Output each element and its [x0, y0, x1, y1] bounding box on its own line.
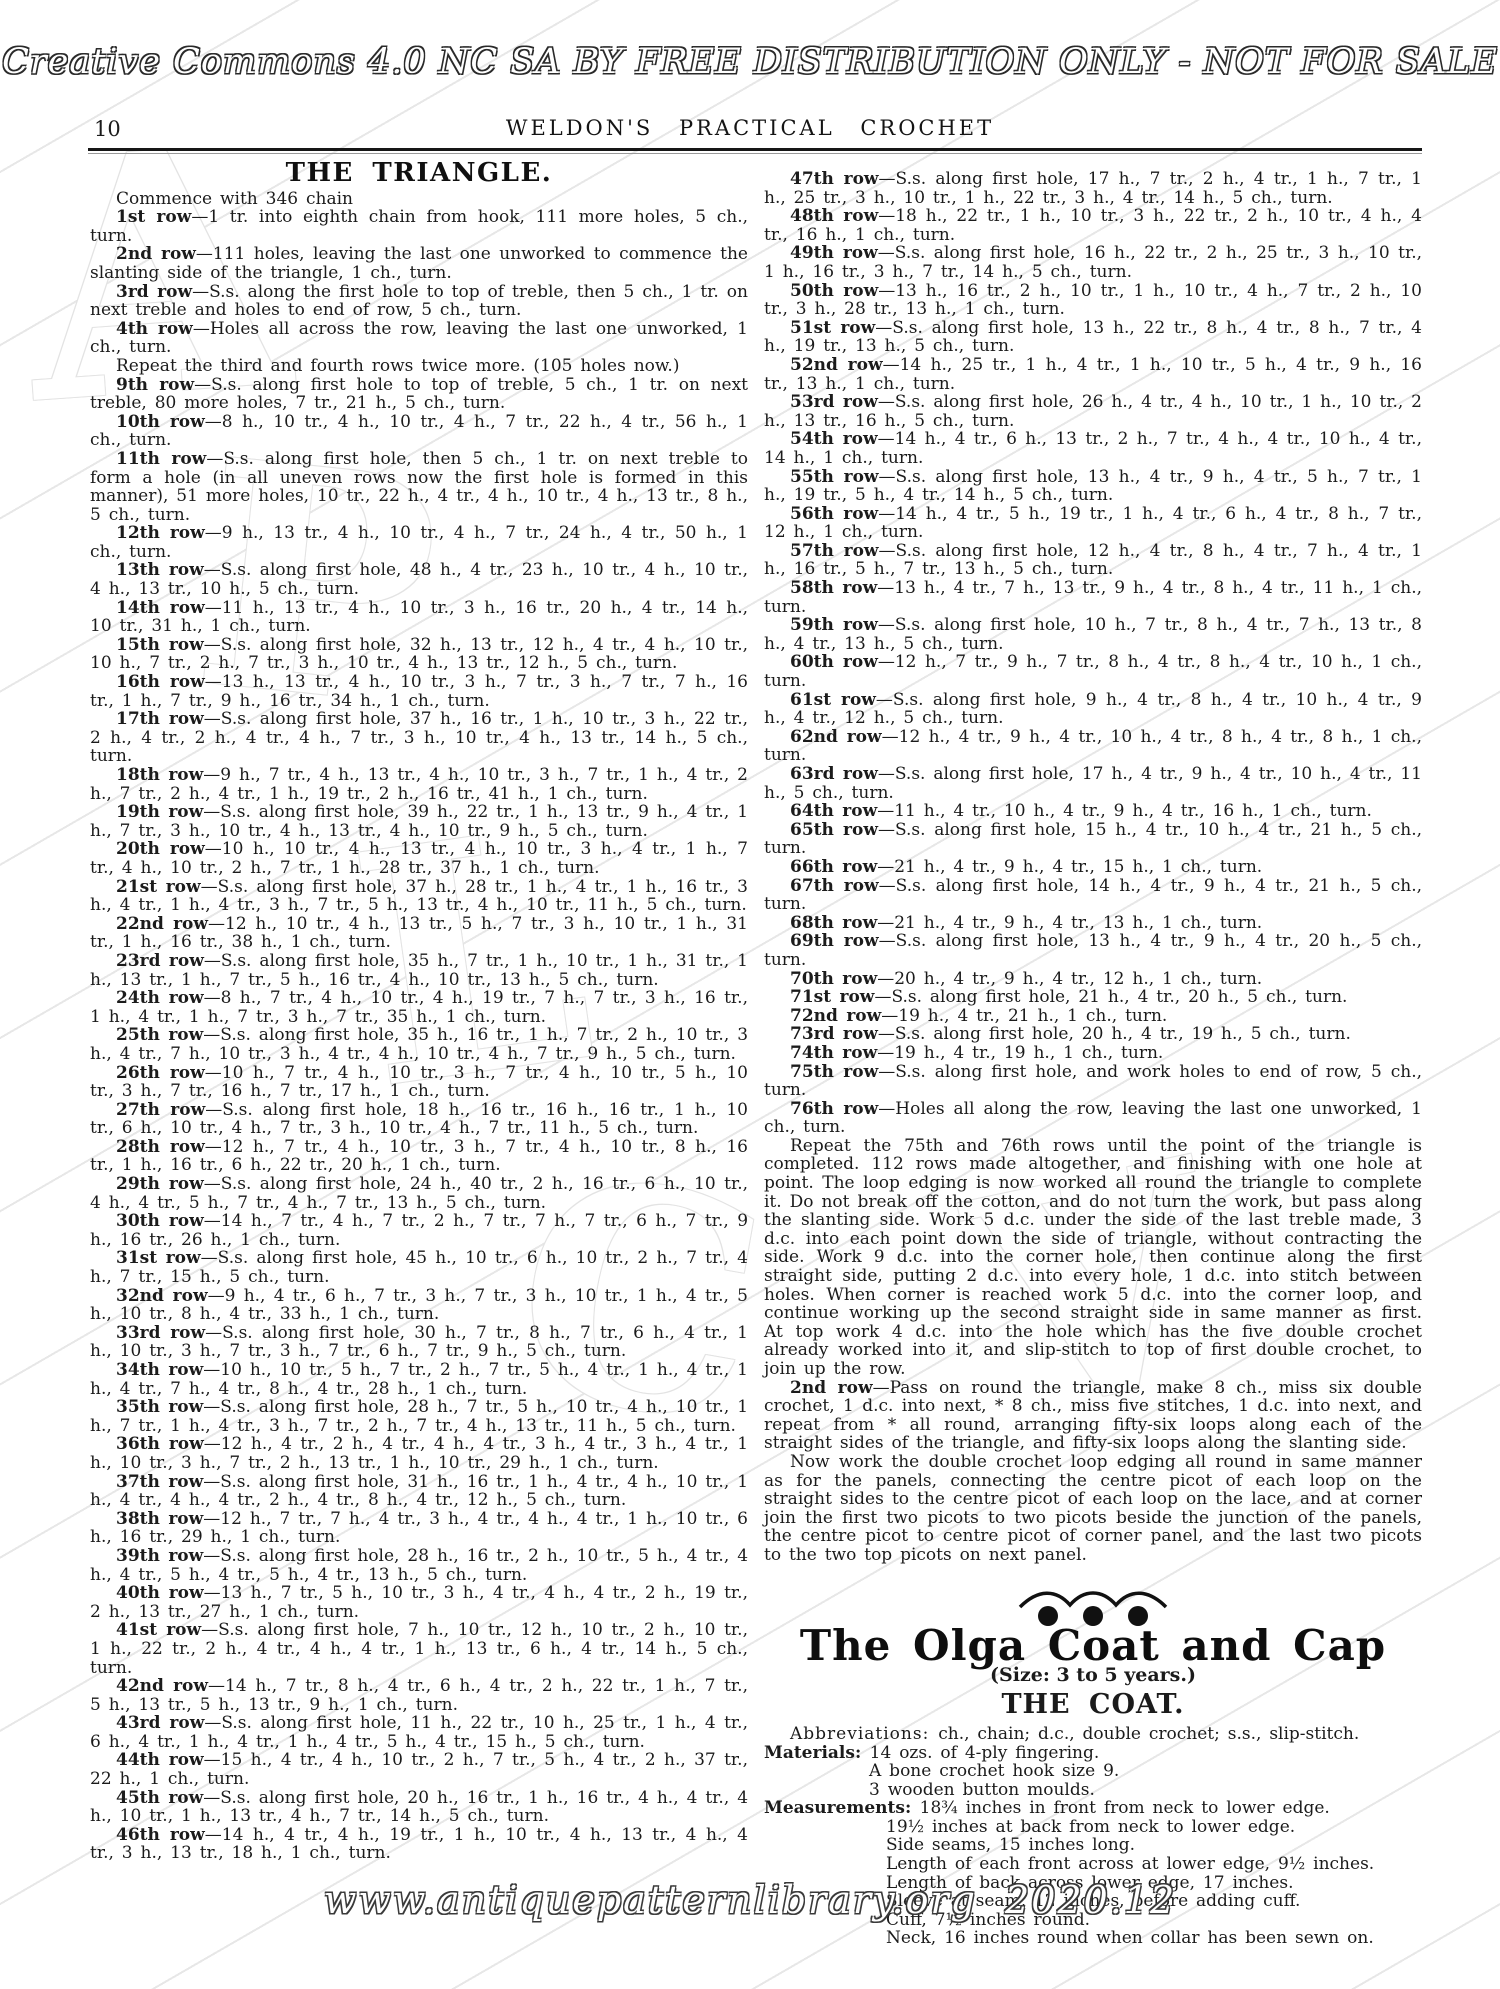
pattern-row: 19th row—S.s. along first hole, 39 h., 2…: [90, 803, 748, 840]
row-label: 42nd row: [116, 1676, 208, 1696]
measurements-label: Measurements:: [764, 1798, 920, 1818]
row-label: 30th row: [116, 1211, 204, 1231]
row-label: 64th row: [790, 801, 877, 821]
row-label: 21st row: [116, 877, 201, 897]
pattern-row: 22nd row—12 h., 10 tr., 4 h., 13 tr., 5 …: [90, 915, 748, 952]
row-label: 75th row: [790, 1062, 878, 1082]
text-line: Side seams, 15 inches long.: [764, 1836, 1422, 1855]
row-label: 66th row: [790, 857, 877, 877]
footer-url: www.antiquepatternlibrary.org 2020.12: [0, 1878, 1500, 1922]
row-label: 67th row: [790, 876, 879, 896]
pattern-row: 30th row—14 h., 7 tr., 4 h., 7 tr., 2 h.…: [90, 1212, 748, 1249]
row-label: 73rd row: [790, 1024, 878, 1044]
right-column: 47th row—S.s. along first hole, 17 h., 7…: [764, 170, 1422, 1948]
pattern-row: 31st row—S.s. along first hole, 45 h., 1…: [90, 1249, 748, 1286]
row-label: 69th row: [790, 931, 879, 951]
pattern-row: 67th row—S.s. along first hole, 14 h., 4…: [764, 877, 1422, 914]
row-label: 54th row: [790, 429, 878, 449]
row-label: 70th row: [790, 969, 877, 989]
pattern-row: 60th row—12 h., 7 tr., 9 h., 7 tr., 8 h.…: [764, 653, 1422, 690]
row-label: 49th row: [790, 243, 878, 263]
pattern-row: 71st row—S.s. along first hole, 21 h., 4…: [764, 988, 1422, 1007]
materials-list: A bone crochet hook size 9.3 wooden butt…: [764, 1762, 1422, 1799]
row-label: 14th row: [116, 598, 205, 618]
pattern-row: 34th row—10 h., 10 tr., 5 h., 7 tr., 2 h…: [90, 1361, 748, 1398]
row-label: 46th row: [116, 1825, 205, 1845]
pattern-row: 13th row—S.s. along first hole, 48 h., 4…: [90, 561, 748, 598]
pattern-row: 32nd row—9 h., 4 tr., 6 h., 7 tr., 3 h.,…: [90, 1287, 748, 1324]
row-label: 74th row: [790, 1043, 877, 1063]
row-label: 37th row: [116, 1472, 203, 1492]
row-label: 13th row: [116, 560, 204, 580]
pattern-row: 11th row—S.s. along first hole, then 5 c…: [90, 450, 748, 524]
pattern-row: 14th row—11 h., 13 tr., 4 h., 10 tr., 3 …: [90, 599, 748, 636]
pattern-row: 75th row—S.s. along first hole, and work…: [764, 1063, 1422, 1100]
row-label: 4th row: [116, 319, 193, 339]
materials-label: Materials:: [764, 1743, 870, 1763]
row-label: 19th row: [116, 802, 203, 822]
row-label: 44th row: [116, 1750, 204, 1770]
pattern-row: 57th row—S.s. along first hole, 12 h., 4…: [764, 542, 1422, 579]
row-label: 41st row: [116, 1620, 201, 1640]
pattern-row: 2nd row—111 holes, leaving the last one …: [90, 245, 748, 282]
row-label: 59th row: [790, 615, 878, 635]
row-label: 50th row: [790, 281, 878, 301]
row-label: 36th row: [116, 1434, 204, 1454]
header-rule: [88, 148, 1422, 151]
pattern-row: 27th row—S.s. along first hole, 18 h., 1…: [90, 1101, 748, 1138]
measurements-text: 18¾ inches in front from neck to lower e…: [920, 1798, 1330, 1818]
pattern-row: 62nd row—12 h., 4 tr., 9 h., 4 tr., 10 h…: [764, 728, 1422, 765]
pattern-row: 51st row—S.s. along first hole, 13 h., 2…: [764, 319, 1422, 356]
row-label: 10th row: [116, 412, 205, 432]
row-label: 16th row: [116, 672, 205, 692]
row-label: 2nd row: [116, 244, 196, 264]
pattern-row: 64th row—11 h., 4 tr., 10 h., 4 tr., 9 h…: [764, 802, 1422, 821]
pattern-row: 43rd row—S.s. along first hole, 11 h., 2…: [90, 1714, 748, 1751]
pattern-row: 2nd row—Pass on round the triangle, make…: [764, 1379, 1422, 1453]
row-label: 65th row: [790, 820, 878, 840]
pattern-row: 46th row—14 h., 4 tr., 4 h., 19 tr., 1 h…: [90, 1826, 748, 1863]
row-label: 9th row: [116, 375, 194, 395]
pattern-row: 35th row—S.s. along first hole, 28 h., 7…: [90, 1398, 748, 1435]
pattern-row: 74th row—19 h., 4 tr., 19 h., 1 ch., tur…: [764, 1044, 1422, 1063]
triangle-instructions-continued: 47th row—S.s. along first hole, 17 h., 7…: [764, 170, 1422, 1565]
row-label: 35th row: [116, 1397, 203, 1417]
row-label: 3rd row: [116, 282, 192, 302]
abbreviations-line: Abbreviations: ch., chain; d.c., double …: [764, 1725, 1422, 1744]
pattern-row: 9th row—S.s. along first hole to top of …: [90, 376, 748, 413]
row-label: 1st row: [116, 207, 191, 227]
pattern-row: 50th row—13 h., 16 tr., 2 h., 10 tr., 1 …: [764, 282, 1422, 319]
row-label: 47th row: [790, 169, 879, 189]
pattern-row: 56th row—14 h., 4 tr., 5 h., 19 tr., 1 h…: [764, 505, 1422, 542]
pattern-row: 40th row—13 h., 7 tr., 5 h., 10 tr., 3 h…: [90, 1584, 748, 1621]
pattern-row: 59th row—S.s. along first hole, 10 h., 7…: [764, 616, 1422, 653]
measurements-line: Measurements: 18¾ inches in front from n…: [764, 1799, 1422, 1818]
row-label: 18th row: [116, 765, 203, 785]
paragraph: Repeat the 75th and 76th rows until the …: [764, 1137, 1422, 1379]
row-label: 53rd row: [790, 392, 878, 412]
section-title-triangle: THE TRIANGLE.: [90, 164, 748, 183]
text-line: 3 wooden button moulds.: [764, 1781, 1422, 1800]
paragraph: Commence with 346 chain: [90, 190, 748, 209]
pattern-row: 33rd row—S.s. along first hole, 30 h., 7…: [90, 1324, 748, 1361]
pattern-row: 21st row—S.s. along first hole, 37 h., 2…: [90, 878, 748, 915]
pattern-row: 69th row—S.s. along first hole, 13 h., 4…: [764, 932, 1422, 969]
row-label: 31st row: [116, 1248, 201, 1268]
pattern-row: 4th row—Holes all across the row, leavin…: [90, 320, 748, 357]
row-label: 40th row: [116, 1583, 204, 1603]
pattern-row: 55th row—S.s. along first hole, 13 h., 4…: [764, 468, 1422, 505]
pattern-row: 17th row—S.s. along first hole, 37 h., 1…: [90, 710, 748, 766]
pattern-row: 68th row—21 h., 4 tr., 9 h., 4 tr., 13 h…: [764, 914, 1422, 933]
row-label: 56th row: [790, 504, 878, 524]
row-label: 43rd row: [116, 1713, 204, 1733]
pattern-row: 61st row—S.s. along first hole, 9 h., 4 …: [764, 691, 1422, 728]
row-label: 71st row: [790, 987, 874, 1007]
row-label: 27th row: [116, 1100, 205, 1120]
pattern-row: 44th row—15 h., 4 tr., 4 h., 10 tr., 2 h…: [90, 1751, 748, 1788]
row-label: 28th row: [116, 1137, 205, 1157]
header-rule-shadow: [88, 153, 1422, 154]
pattern-row: 1st row—1 tr. into eighth chain from hoo…: [90, 208, 748, 245]
pattern-row: 63rd row—S.s. along first hole, 17 h., 4…: [764, 765, 1422, 802]
row-label: 76th row: [790, 1099, 878, 1119]
pattern-row: 18th row—9 h., 7 tr., 4 h., 13 tr., 4 h.…: [90, 766, 748, 803]
pattern-row: 76th row—Holes all along the row, leavin…: [764, 1100, 1422, 1137]
row-label: 62nd row: [790, 727, 882, 747]
pattern-row: 29th row—S.s. along first hole, 24 h., 4…: [90, 1175, 748, 1212]
pattern-row: 23rd row—S.s. along first hole, 35 h., 7…: [90, 952, 748, 989]
row-label: 38th row: [116, 1509, 203, 1529]
running-title: WELDON'S PRACTICAL CROCHET: [0, 116, 1500, 140]
row-label: 15th row: [116, 635, 204, 655]
pattern-row: 39th row—S.s. along first hole, 28 h., 1…: [90, 1547, 748, 1584]
materials-line: Materials: 14 ozs. of 4-ply fingering.: [764, 1744, 1422, 1763]
pattern-row: 65th row—S.s. along first hole, 15 h., 4…: [764, 821, 1422, 858]
pattern-row: 45th row—S.s. along first hole, 20 h., 1…: [90, 1789, 748, 1826]
pattern-row: 53rd row—S.s. along first hole, 26 h., 4…: [764, 393, 1422, 430]
pattern-row: 3rd row—S.s. along the first hole to top…: [90, 283, 748, 320]
creative-commons-banner: Creative Commons 4.0 NC SA BY FREE DISTR…: [0, 42, 1500, 82]
pattern-row: 12th row—9 h., 13 tr., 4 h., 10 tr., 4 h…: [90, 524, 748, 561]
row-label: 68th row: [790, 913, 877, 933]
paragraph: Repeat the third and fourth rows twice m…: [90, 357, 748, 376]
row-label: 34th row: [116, 1360, 203, 1380]
pattern-row: 41st row—S.s. along first hole, 7 h., 10…: [90, 1621, 748, 1677]
row-label: 20th row: [116, 839, 205, 859]
pattern-row: 37th row—S.s. along first hole, 31 h., 1…: [90, 1473, 748, 1510]
section-title-the-coat: THE COAT.: [764, 1696, 1422, 1715]
row-label: 61st row: [790, 690, 876, 710]
row-label: 26th row: [116, 1063, 205, 1083]
pattern-row: 58th row—13 h., 4 tr., 7 h., 13 tr., 9 h…: [764, 579, 1422, 616]
row-label: 51st row: [790, 318, 875, 338]
pattern-row: 25th row—S.s. along first hole, 35 h., 1…: [90, 1026, 748, 1063]
pattern-row: 28th row—12 h., 7 tr., 4 h., 10 tr., 3 h…: [90, 1138, 748, 1175]
row-label: 72nd row: [790, 1006, 881, 1026]
row-label: 22nd row: [116, 914, 208, 934]
pattern-row: 42nd row—14 h., 7 tr., 8 h., 4 tr., 6 h.…: [90, 1677, 748, 1714]
pattern-row: 24th row—8 h., 7 tr., 4 h., 10 tr., 4 h.…: [90, 989, 748, 1026]
row-label: 32nd row: [116, 1286, 208, 1306]
triangle-instructions: Commence with 346 chain1st row—1 tr. int…: [90, 190, 748, 1863]
row-label: 29th row: [116, 1174, 204, 1194]
row-label: 24th row: [116, 988, 204, 1008]
row-label: 39th row: [116, 1546, 203, 1566]
paragraph: Now work the double crochet loop edging …: [764, 1453, 1422, 1565]
row-label: 60th row: [790, 652, 878, 672]
article-title-olga-coat-and-cap: The Olga Coat and Cap: [764, 1637, 1422, 1656]
pattern-row: 47th row—S.s. along first hole, 17 h., 7…: [764, 170, 1422, 207]
row-label: 63rd row: [790, 764, 878, 784]
pattern-row: 48th row—18 h., 22 tr., 1 h., 10 tr., 3 …: [764, 207, 1422, 244]
row-label: 23rd row: [116, 951, 204, 971]
row-label: 25th row: [116, 1025, 203, 1045]
row-label: 11th row: [116, 449, 206, 469]
pattern-row: 26th row—10 h., 7 tr., 4 h., 10 tr., 3 h…: [90, 1064, 748, 1101]
row-label: 12th row: [116, 523, 205, 543]
left-column: THE TRIANGLE. Commence with 346 chain1st…: [90, 160, 748, 1863]
abbreviations-text: ch., chain; d.c., double crochet; s.s., …: [938, 1724, 1359, 1744]
abbreviations-label: Abbreviations:: [790, 1724, 938, 1744]
text-line: 19½ inches at back from neck to lower ed…: [764, 1818, 1422, 1837]
pattern-row: 10th row—8 h., 10 tr., 4 h., 10 tr., 4 h…: [90, 413, 748, 450]
text-line: A bone crochet hook size 9.: [764, 1762, 1422, 1781]
row-label: 45th row: [116, 1788, 203, 1808]
text-line: Length of each front across at lower edg…: [764, 1855, 1422, 1874]
pattern-row: 49th row—S.s. along first hole, 16 h., 2…: [764, 244, 1422, 281]
pattern-row: 20th row—10 h., 10 tr., 4 h., 13 tr., 4 …: [90, 840, 748, 877]
pattern-row: 15th row—S.s. along first hole, 32 h., 1…: [90, 636, 748, 673]
row-label: 57th row: [790, 541, 879, 561]
row-label: 33rd row: [116, 1323, 205, 1343]
pattern-row: 36th row—12 h., 4 tr., 2 h., 4 tr., 4 h.…: [90, 1435, 748, 1472]
row-label: 48th row: [790, 206, 878, 226]
pattern-row: 70th row—20 h., 4 tr., 9 h., 4 tr., 12 h…: [764, 970, 1422, 989]
pattern-row: 54th row—14 h., 4 tr., 6 h., 13 tr., 2 h…: [764, 430, 1422, 467]
pattern-row: 72nd row—19 h., 4 tr., 21 h., 1 ch., tur…: [764, 1007, 1422, 1026]
pattern-row: 16th row—13 h., 13 tr., 4 h., 10 tr., 3 …: [90, 673, 748, 710]
materials-text: 14 ozs. of 4-ply fingering.: [870, 1743, 1100, 1763]
pattern-row: 66th row—21 h., 4 tr., 9 h., 4 tr., 15 h…: [764, 858, 1422, 877]
pattern-row: 52nd row—14 h., 25 tr., 1 h., 4 tr., 1 h…: [764, 356, 1422, 393]
row-label: 52nd row: [790, 355, 883, 375]
row-label: 17th row: [116, 709, 204, 729]
row-label: 2nd row: [790, 1378, 873, 1398]
pattern-row: 38th row—12 h., 7 tr., 7 h., 4 tr., 3 h.…: [90, 1510, 748, 1547]
text-line: Neck, 16 inches round when collar has be…: [764, 1929, 1422, 1948]
row-label: 58th row: [790, 578, 877, 598]
pattern-row: 73rd row—S.s. along first hole, 20 h., 4…: [764, 1025, 1422, 1044]
row-label: 55th row: [790, 467, 879, 487]
